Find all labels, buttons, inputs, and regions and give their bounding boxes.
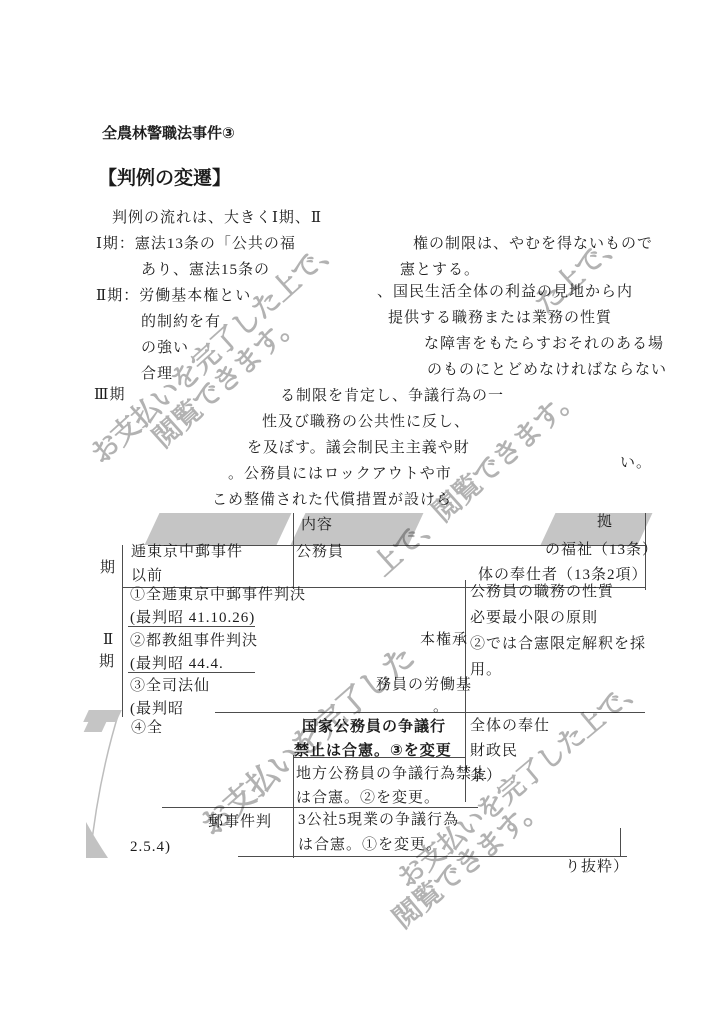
text-fragment: 公務員の職務の性質: [470, 585, 614, 600]
text-fragment: ②都教組事件判決: [130, 634, 258, 649]
text-fragment: い。: [620, 456, 652, 471]
text-fragment: 提供する職務または業務の性質: [388, 311, 612, 326]
text-fragment: (最判昭: [130, 702, 184, 717]
text-fragment: の福祉（13条）: [545, 543, 658, 558]
text-fragment: 、国民生活全体の利益の見地から内: [377, 285, 633, 300]
text-fragment: 必要最小限の原則: [470, 611, 598, 626]
text-fragment: 公務員: [296, 545, 344, 560]
text-fragment: 的制約を有: [141, 315, 221, 330]
section-heading: 【判例の変遷】: [98, 163, 231, 190]
text-fragment: ③全司法仙: [130, 679, 210, 694]
table-border: [122, 545, 123, 717]
page-title: 全農林警職法事件③: [102, 122, 235, 143]
text-fragment: 拠: [597, 515, 613, 530]
text-fragment: 地方公務員の争議行為禁止: [296, 767, 488, 782]
text-fragment: る制限を肯定し、争議行為の一: [280, 389, 504, 404]
text-fragment: 憲とする。: [400, 263, 480, 278]
text-fragment: Ⅲ期: [94, 388, 125, 403]
text-fragment: の強い: [141, 341, 189, 356]
text-fragment: 。公務員にはロックアウトや市: [228, 467, 452, 482]
text-fragment: (最判昭 41.10.26): [130, 611, 255, 626]
text-fragment: 以前: [131, 569, 163, 584]
text-fragment: 全体の奉仕: [470, 719, 550, 734]
text-fragment: 期: [100, 561, 116, 576]
text-fragment: 内容: [301, 518, 333, 533]
text-fragment: 2.5.4): [130, 840, 171, 855]
text-fragment: 財政民: [470, 744, 518, 759]
table-header-shading: [84, 722, 107, 732]
text-fragment: のものにとどめなければならない: [427, 363, 667, 378]
text-fragment: ②では合憲限定解釈を採: [470, 637, 646, 652]
table-header-shading: [145, 513, 292, 545]
table-border: [620, 828, 621, 857]
text-fragment: 逓東京中郵事件: [131, 545, 243, 560]
table-header-shading: [83, 710, 122, 722]
text-fragment: 3公社5現業の争議行為: [298, 813, 459, 828]
text-fragment: ①全逓東京中郵事件判決: [130, 588, 306, 603]
text-fragment: (最判昭 44.4.: [130, 657, 224, 672]
text-fragment: Ⅱ期：労働基本権とい: [96, 289, 251, 304]
text-fragment: 用。: [470, 663, 502, 678]
text-fragment: Ⅰ期：憲法13条の「公共の福: [96, 237, 296, 252]
table-border: [293, 513, 294, 587]
text-fragment: 体の奉仕者（13条2項）: [478, 568, 648, 583]
text-fragment: ④全: [131, 721, 163, 736]
text-fragment: 。: [433, 700, 449, 715]
text-fragment: 本権承: [420, 633, 468, 648]
text-fragment: 期: [99, 655, 115, 670]
text-fragment: は合憲。②を変更。: [296, 791, 440, 806]
table-border: [128, 672, 255, 673]
document-page: 全農林警職法事件③ 【判例の変遷】 判例の流れは、大きくⅠ期、ⅡⅠ期：憲法13条…: [0, 0, 724, 1024]
text-fragment: こめ整備された代償措置が設けら: [212, 493, 452, 508]
text-fragment: 性及び職務の公共性に反し、: [262, 415, 470, 430]
text-fragment: あり、憲法15条の: [141, 263, 270, 278]
text-fragment: を及ぼす。議会制民主主義や財: [247, 441, 470, 456]
table-border: [128, 626, 255, 627]
text-fragment: り抜粋）: [565, 860, 629, 875]
text-fragment: 判例の流れは、大きくⅠ期、Ⅱ: [112, 211, 322, 226]
text-fragment: な障害をもたらすおそれのある場: [424, 337, 664, 352]
text-fragment: Ⅱ: [103, 633, 114, 648]
